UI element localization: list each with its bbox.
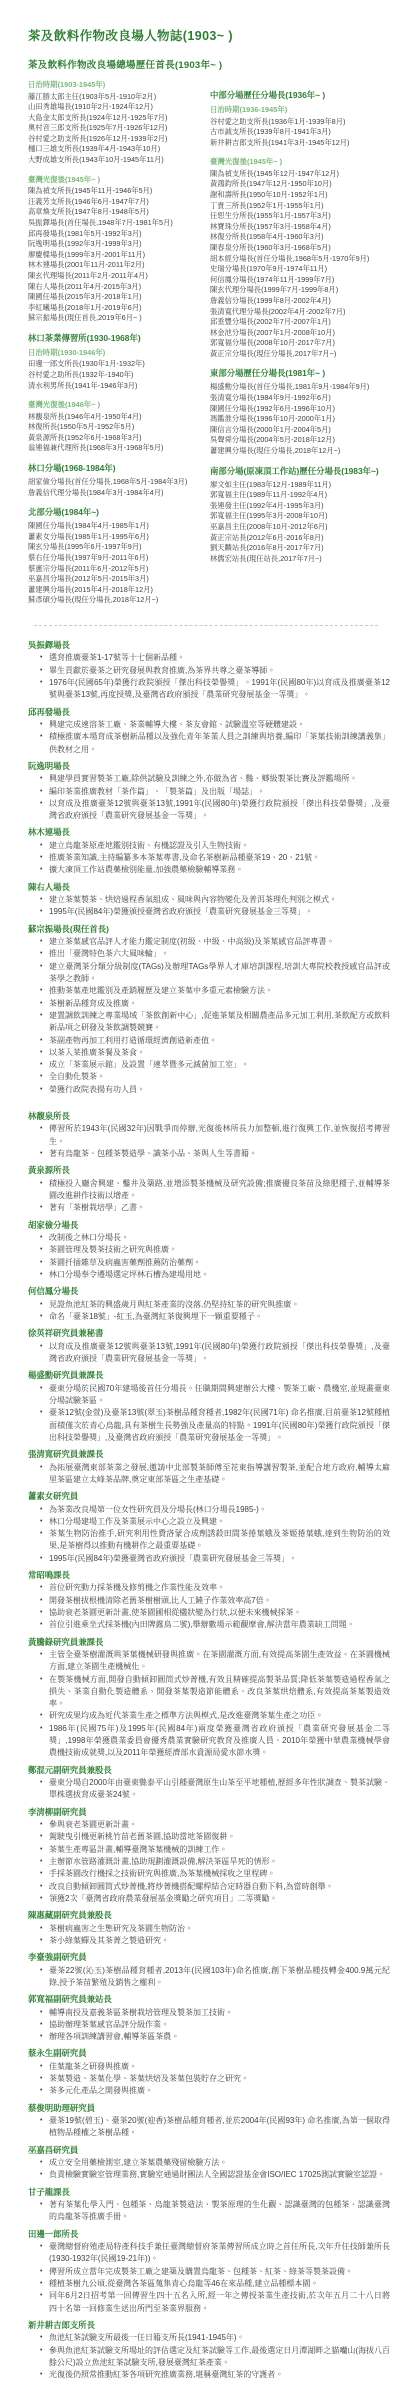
tenure-entry: 謝和壽所長(1950年10月-1952年1月) <box>210 190 396 201</box>
person-section: 蔡永生副研究員佳葉龍茶之研發與推廣。茶葉製造、茶葉化學、茶葉烘焙及茶葉包裝貯存之… <box>28 2047 390 2097</box>
tenure-entry: 劉天麟站長(2016年8月-2017年7月) <box>210 543 396 554</box>
group-heading: 南部分場(原凍頂工作站)歷任分場長(1983年~) <box>210 466 396 477</box>
achievement-item: 手採茶園改行機採之技術研究與推廣,為茶葉機械採收之里程碑。 <box>40 1868 390 1880</box>
achievement-item: 興建學員實習製茶工廠,除供試驗及訓練之外,亦做為省、縣、鄉級製茶比賽及評鑑場所。 <box>40 773 390 785</box>
person-name: 黃騰錄研究員兼課長 <box>28 1636 390 1648</box>
tenure-entry: 巫嘉昌主任(2008年10月-2012年6月) <box>210 522 396 533</box>
tenure-entry: 林復所長(1950年5月-1952年5月) <box>28 422 196 433</box>
achievement-item: 臺茶12號(金萱)及臺茶13號(翠玉)茶樹品種育種者,1982年(民國71年) … <box>40 1407 390 1444</box>
achievement-list: 輔導南投及嘉義茶區茶樹栽培管理及製茶加工技術。協助辦理茶葉感官品評分級作業。辦理… <box>40 2007 390 2044</box>
achievement-list: 主管全臺茶樹灌溉與茶葉機械研發與推廣。在茶園灌溉方面,有效提高茶園生產效益。在茶… <box>40 1649 390 1760</box>
tenure-entry: 谷村愛之助支所長(1926年12月-1939年2月) <box>28 134 196 145</box>
leader-group: 日治時期(1903-1945年)藤江勝太郎主任(1903年5月-1910年2月)… <box>28 80 196 166</box>
tenure-entry: 陳信言分場長(2000年1月-2004年5月) <box>210 425 396 436</box>
person-name: 蕭素女研究員 <box>28 1490 390 1502</box>
person-name: 李清柳副研究員 <box>28 1806 390 1818</box>
tenure-entry: 吳振鐸場長(首任場長,1948年7月-1981年5月) <box>28 218 196 229</box>
tenure-entry: 何信鳳分場長(1974年11月-1999年7月) <box>210 275 396 286</box>
achievement-item: 在製茶機械方面,開發自動傾卸圓筒式炒菁機,有效且精確提高製茶品質;降低茶葉製造過… <box>40 1674 390 1711</box>
achievement-list: 參與衰老茶園更新計畫。駕駛曳引機更新桃竹苗老舊茶園,協助當地茶園復耕。茶葉生產專… <box>40 1819 390 1905</box>
tenure-entry: 張清寬代理分場長(2002年4月-2002年7月) <box>210 307 396 318</box>
achievement-item: 榮獲行政院表揚有功人員。 <box>40 1084 390 1096</box>
person-section: 常昭鳴課長首位研究動力採茶機及修剪機之作業性能及效率。開發茶樹拔根機清除老舊茶樹… <box>28 1569 390 1632</box>
person-section: 楊盛勳研究員兼課長臺東分場於民國70年建場後首任分場長。任職期間興建辦公大樓、製… <box>28 1369 390 1444</box>
person-section: 何信鳳分場長見證魚池紅茶的興盛歲月與紅茶產業的沒落,仍堅持紅茶的研究與推廣。命名… <box>28 1285 390 1323</box>
tenure-entry: 谷村愛之助所長(1932年-1940年) <box>28 370 196 381</box>
tenure-entry: 林馥泉所長(1946年4月-1950年4月) <box>28 412 196 423</box>
person-name: 林馥泉所長 <box>28 1110 390 1122</box>
document-page: 茶及飲料作物改良場人物誌(1903~ ) 茶及飲料作物改良場總場歷任首長(190… <box>0 0 400 2382</box>
tenure-entry: 林金池分場長(2007年1月-2008年10月) <box>210 328 396 339</box>
person-section: 蔡俊明助理研究員臺茶19號(碧玉)、臺茶20號(迎香)茶樹品種育種者,並於200… <box>28 2102 390 2140</box>
tenure-entry: 陳為禎支所長(1945年11月-1946年5月) <box>28 186 196 197</box>
achievement-list: 首位研究動力採茶機及修剪機之作業性能及效率。開發茶樹拔根機清除老舊茶樹樹頭,比人… <box>40 1582 390 1631</box>
achievement-item: 見證魚池紅茶的興盛歲月與紅茶產業的沒落,仍堅持紅茶的研究與推廣。 <box>40 1299 390 1311</box>
tenure-entry: 黃正宗分場長(現任分場長,2017年7月~) <box>210 349 396 360</box>
achievement-item: 協助辦理茶葉感官品評分級作業。 <box>40 2019 390 2031</box>
person-name: 林木連場長 <box>28 826 390 838</box>
achievement-item: 以育成及推廣臺茶12號與臺茶13號,1991年(民國80年)榮獲行政院頒授「傑出… <box>40 1341 390 1366</box>
era-subheading: 臺灣光復後(1946年~ ) <box>28 400 196 409</box>
tenure-entry: 邱垂豐分場長(2002年7月-2007年1月) <box>210 317 396 328</box>
tenure-entry: 林儒宏站長(現任站長,2017年7月~) <box>210 554 396 565</box>
achievement-item: 參與衰老茶園更新計畫。 <box>40 1819 390 1831</box>
person-section: 田邊一郎所長臺灣總督府殖產局特產科技手兼任臺灣總督府茶業傳習所成立時之首任所長,… <box>28 2228 390 2315</box>
page-title: 茶及飲料作物改良場人物誌(1903~ ) <box>28 26 390 44</box>
people-list: 吳振鐸場長選育推廣臺茶1-17號等十七個新品種。畢生貢獻於臺茶之研究發展與教育推… <box>28 639 390 2382</box>
group-heading: 東部分場歷任分場長(1981年~ ) <box>210 368 396 379</box>
person-section: 徐英祥研究員兼秘書以育成及推廣臺茶12號與臺茶13號,1991年(民國80年)榮… <box>28 1327 390 1365</box>
achievement-item: 臺茶19號(碧玉)、臺茶20號(迎香)茶樹品種育種者,並於2004年(民國93年… <box>40 2115 390 2140</box>
person-name: 巫嘉昌研究員 <box>28 2144 390 2156</box>
achievement-item: 辦理各項訓練講習會,輔導茶區茶農。 <box>40 2031 390 2043</box>
achievement-item: 輔導南投及嘉義茶區茶樹栽培管理及製茶加工技術。 <box>40 2007 390 2019</box>
achievement-list: 積極投入廳舍興建、鑿井及築路,並增添製茶機械及研究設備;推廣優良茶苗及綠肥種子,… <box>40 1178 390 1215</box>
person-name: 甘子龍課長 <box>28 2186 390 2198</box>
achievement-item: 茶葉生物防治推手,研究利用性費洛蒙合成劑誘殺田間茶捲葉蛾及茶姬捲葉蛾,達到生物防… <box>40 1528 390 1553</box>
achievement-item: 推出「臺灣特色茶六大風味輪」。 <box>40 948 390 960</box>
achievement-item: 傳習所於1943年(民國32年)因戰爭而停辦,光復後林所長力加整頓,進行復興工作… <box>40 1123 390 1148</box>
section-divider <box>34 625 378 626</box>
person-name: 李臺強副研究員 <box>28 1951 390 1963</box>
achievement-item: 推動茶葉產地鑑別及產銷履歷及建立茶葉中多重元素檢驗方法。 <box>40 985 390 997</box>
achievement-list: 魚池紅茶試驗支所最後一任日籍支所長(1941-1945年)。參與魚池紅茶試驗支所… <box>40 2332 390 2381</box>
era-subheading: 臺灣光復後(1945年~ ) <box>210 157 396 166</box>
tenure-entry: 阮逸明場長(1992年3月-1999年3月) <box>28 239 196 250</box>
group-heading: 中部分場歷任分場長(1936年~ ) <box>210 90 396 101</box>
tenure-entry: 蔡右任分場長(1997年9月-2011年6月) <box>28 553 196 564</box>
achievement-item: 研究成果均成為近代茶業生產之標準方法與模式,是改進臺灣茶葉生產之功臣。 <box>40 1710 390 1722</box>
tenure-entry: 李紅曦場長(2018年1月-2019年6月) <box>28 303 196 314</box>
tenure-entry: 郭寬福分場長(2008年10月-2017年7月) <box>210 338 396 349</box>
achievement-item: 臺東分場自2000年由臺東縣泰平山引種臺灣原生山茶至平地種植,歷經多年性狀調查、… <box>40 1777 390 1802</box>
achievement-item: 駕駛曳引機更新桃竹苗老舊茶園,協助當地茶園復耕。 <box>40 1831 390 1843</box>
person-section: 蕭素女研究員為茶業改良場第一位女性研究員及分場長(林口分場長1985-)。林口分… <box>28 1490 390 1565</box>
achievement-item: 開發茶樹拔根機清除老舊茶樹樹頭,比人工鏟子作業效率高7倍。 <box>40 1595 390 1607</box>
achievement-list: 見證魚池紅茶的興盛歲月與紅茶產業的沒落,仍堅持紅茶的研究與推廣。命名「臺茶18號… <box>40 1299 390 1324</box>
person-section: 陳右人場長建立茶葉製茶、烘焙過程香氣組成、風味與內容物變化及普洱茶理化判別之模式… <box>28 881 390 919</box>
tenure-entry: 陳春泉分所長(1960年3月-1968年5月) <box>210 243 396 254</box>
achievement-item: 佳葉龍茶之研發與推廣。 <box>40 2061 390 2073</box>
person-name: 蔡永生副研究員 <box>28 2047 390 2059</box>
person-name: 邱再發場長 <box>28 706 390 718</box>
achievement-item: 成立安全用藥檢測室,建立茶葉農藥殘留檢驗方法。 <box>40 2157 390 2169</box>
person-section: 吳振鐸場長選育推廣臺茶1-17號等十七個新品種。畢生貢獻於臺茶之研究發展與教育推… <box>28 639 390 702</box>
achievement-list: 改制後之林口分場長。茶園管理及製茶技術之研究與推廣。茶園扦插雜草及病蟲害藥劑推薦… <box>40 1232 390 1281</box>
person-section: 郭寬福副研究員兼站長輔導南投及嘉義茶區茶樹栽培管理及製茶加工技術。協助辦理茶葉感… <box>28 1993 390 2043</box>
achievement-item: 首位研究動力採茶機及修剪機之作業性能及效率。 <box>40 1582 390 1594</box>
achievement-item: 參與魚池紅茶試驗支所場址的評估選定及紅茶試驗等工作,最後選定日月潭湖畔之貓囒山(… <box>40 2345 390 2370</box>
person-name: 何信鳳分場長 <box>28 1285 390 1297</box>
tenure-entry: 陳玄代理分場長(1999年7月-1999年8月) <box>210 285 396 296</box>
person-name: 陳右人場長 <box>28 881 390 893</box>
achievement-item: 領獲2次「臺灣省政府農業發展基金獎勵之研究項目」二等獎勵。 <box>40 1893 390 1905</box>
leader-group: 日治時期(1930-1946年)田邊一郎支所長(1930年1月-1932年)谷村… <box>28 348 196 391</box>
tenure-entry: 任恕生分所長(1955年1月-1957年3月) <box>210 211 396 222</box>
achievement-list: 以育成及推廣臺茶12號與臺茶13號,1991年(民國80年)榮獲行政院頒授「傑出… <box>40 1341 390 1366</box>
person-section: 蘇宗振場長(現任首長)建立茶葉感官品評人才能力鑑定制度(初級、中級、中高級)及茶… <box>28 923 390 1096</box>
leaders-column: 日治時期(1903-1945年)藤江勝太郎主任(1903年5月-1910年2月)… <box>28 80 196 615</box>
tenure-entry: 黃鴻鈞所長(1947年12月-1950年10月) <box>210 179 396 190</box>
achievement-item: 擴大凍頂工作站農藥檢別能量,加強農藥檢驗輔導業務。 <box>40 864 390 876</box>
tenure-entry: 高章煥支所長(1947年8月-1948年5月) <box>28 207 196 218</box>
achievement-item: 主辦節水管路灌溉計畫,協助規劃灌溉設備,解決茶區旱死的情形。 <box>40 1856 390 1868</box>
achievement-item: 茶園扦插雜草及病蟲害藥劑推薦防治藥劑。 <box>40 1257 390 1269</box>
person-section: 胡家儉分場長改制後之林口分場長。茶園管理及製茶技術之研究與推廣。茶園扦插雜草及病… <box>28 1219 390 1282</box>
achievement-item: 種植茶樹九公頃,從臺灣各茶區蒐集青心烏龍等46在來品種,建立品種標本園。 <box>40 2278 390 2290</box>
person-section: 李臺強副研究員臺茶22號(沁玉)茶樹品種育種者,2013年(民國103年)命名推… <box>28 1951 390 1989</box>
achievement-item: 著有烏龍茶、包種茶製造學、識茶小品、茶與人生等書籍。 <box>40 1148 390 1160</box>
tenure-entry: 馮鑑淮分場長(1996年10月-2000年1月) <box>210 414 396 425</box>
tenure-entry: 黃正宗站長(2012年6月-2016年8月) <box>210 533 396 544</box>
achievement-item: 1995年(民國84年)榮獲頒授臺灣省政府頒授「農業研究發展基金三等獎」。 <box>40 906 390 918</box>
person-section: 陳惠藏副研究員兼股長茶樹病蟲害之生態研究及茶園生物防治。茶小綠葉蟬及其茶菁之製造… <box>28 1909 390 1947</box>
achievement-item: 建立臺灣茶分類分級制度(TAGs)及辦理TAGs學界人才庫培訓課程,培訓大專院校… <box>40 961 390 986</box>
achievement-list: 臺東分場於民國70年建場後首任分場長。任職期間興建辦公大樓、製茶工廠、農機室,並… <box>40 1383 390 1444</box>
person-name: 田邊一郎所長 <box>28 2228 390 2240</box>
achievement-item: 積極推廣本場育成茶樹新品種以及強化青年茶業人員之訓練與培養,編印「茶葉技術訓練講… <box>40 731 390 756</box>
person-section: 張清寬研究員兼課長為拓展臺灣東部茶業之發展,邀請中北部製茶師傅至花東指導講習製茶… <box>28 1448 390 1486</box>
person-name: 鄭混元副研究員兼股長 <box>28 1764 390 1776</box>
achievement-item: 建立茶葉感官品評人才能力鑑定制度(初級、中級、中高級)及茶葉感官品評專書。 <box>40 936 390 948</box>
tenure-entry: 大島金太郎支所長(1924年12月-1925年7月) <box>28 113 196 124</box>
tenure-entry: 張連發主任(1992年4月-1995年3月) <box>210 501 396 512</box>
tenure-entry: 蕭建興分場長(2015年4月-2018年12月) <box>28 585 196 596</box>
tenure-entry: 蔡憲宗分場長(2011年6月-2012年5月) <box>28 564 196 575</box>
tenure-entry: 陳國任分場長(1984年4月-1985年1月) <box>28 521 196 532</box>
tenure-entry: 陳玄分場長(1995年6月-1997年9月) <box>28 542 196 553</box>
tenure-entry: 清水利男所長(1941年-1946年3月) <box>28 381 196 392</box>
person-name: 陳惠藏副研究員兼股長 <box>28 1909 390 1921</box>
person-name: 新井耕吉郎支所長 <box>28 2319 390 2331</box>
achievement-item: 同年6月2日招考第一回傳習生四十五名入所,經一年之傳授茶業生產技術,於次年五月二… <box>40 2290 390 2315</box>
tenure-entry: 蕭素女分場長(1985年1月-1995年6月) <box>28 532 196 543</box>
tenure-entry: 陳為禎支所長(1945年12月-1947年12月) <box>210 169 396 180</box>
achievement-list: 著有茶葉化學入門、包種茶、烏龍茶製造法、製茶原理的生化觀、認識臺灣的包種茶、認識… <box>40 2199 390 2224</box>
person-name: 張清寬研究員兼課長 <box>28 1448 390 1460</box>
tenure-entry: 廖慶樑場長(1999年3月-2001年11月) <box>28 250 196 261</box>
tenure-entry: 詹義信代理分場長(1984年3月-1984年4月) <box>28 488 196 499</box>
achievement-list: 傳習所於1943年(民國32年)因戰爭而停辦,光復後林所長力加整頓,進行復興工作… <box>40 1123 390 1160</box>
tenure-entry: 田邊一郎支所長(1930年1月-1932年) <box>28 359 196 370</box>
tenure-entry: 蘇彥碩分場長(現任分場長,2018年12月~) <box>28 595 196 606</box>
person-section: 林馥泉所長傳習所於1943年(民國32年)因戰爭而停辦,光復後林所長力加整頓,進… <box>28 1110 390 1160</box>
tenure-entry: 谷村愛之助支所長(1936年1月-1939年8月) <box>210 117 396 128</box>
tenure-entry: 史瑞分場長(1970年9月-1974年11月) <box>210 264 396 275</box>
tenure-entry: 黃泉源所長(1952年6月-1968年3月) <box>28 433 196 444</box>
tenure-entry: 藤江勝太郎主任(1903年5月-1910年2月) <box>28 92 196 103</box>
achievement-item: 傳習所成立當年完成製茶工廠之建築及購置烏龍茶、包種茶、紅茶、綠茶等製茶設備。 <box>40 2266 390 2278</box>
tenure-entry: 陳右人場長(2011年4月-2015年3月) <box>28 282 196 293</box>
achievement-item: 1995年(民國84年)榮獲臺灣省政府頒授「農業研究發展基金三等獎」。 <box>40 1553 390 1565</box>
achievement-item: 1986年(民國75年)及1995年(民國84年)兩度榮獲臺灣省政府頒授「農業研… <box>40 1723 390 1760</box>
leader-group: 東部分場歷任分場長(1981年~ )楊盛勳分場長(首任分場長,1981年9月-1… <box>210 368 396 456</box>
person-name: 楊盛勳研究員兼課長 <box>28 1369 390 1381</box>
achievement-item: 茶副產物再加工利用打造循環經濟創造新產值。 <box>40 1035 390 1047</box>
achievement-item: 茶葉製造、茶葉化學、茶葉烘焙及茶葉包裝貯存之研究。 <box>40 2073 390 2085</box>
leader-group: 中部分場歷任分場長(1936年~ ) <box>210 90 396 101</box>
tenure-entry: 陳國任場長(2015年3月-2018年1月) <box>28 292 196 303</box>
achievement-item: 協助衰老茶園更新計畫,使茶園圃相從欉狀變為行狀,以便未來機械採茶。 <box>40 1607 390 1619</box>
achievement-item: 建立茶葉製茶、烘焙過程香氣組成、風味與內容物變化及普洱茶理化判別之模式。 <box>40 894 390 906</box>
leader-group: 林口茶業傳習所(1930-1968年) <box>28 333 196 344</box>
tenure-entry: 蘇宗振場長(現任首長,2019年6月~ ) <box>28 313 196 324</box>
achievement-item: 臺茶22號(沁玉)茶樹品種育種者,2013年(民國103年)命名推廣,創下茶樹品… <box>40 1965 390 1990</box>
achievement-list: 興建學員實習製茶工廠,除供試驗及訓練之外,亦做為省、縣、鄉級製茶比賽及評鑑場所。… <box>40 773 390 822</box>
achievement-item: 改制後之林口分場長。 <box>40 1232 390 1244</box>
achievement-item: 主管全臺茶樹灌溉與茶葉機械研發與推廣。在茶園灌溉方面,有效提高茶園生產效益。在茶… <box>40 1649 390 1674</box>
leader-group: 臺灣光復後(1945年~ )陳為禎支所長(1945年12月-1947年12月)黃… <box>210 157 396 359</box>
achievement-item: 臺灣總督府殖產局特產科技手兼任臺灣總督府茶業傳習所成立時之首任所長,次年升任技師… <box>40 2241 390 2266</box>
era-subheading: 日治時期(1930-1946年) <box>28 348 196 357</box>
achievement-item: 全自動化製茶。 <box>40 1071 390 1083</box>
leader-group: 北部分場(1984年~)陳國任分場長(1984年4月-1985年1月)蕭素女分場… <box>28 507 196 606</box>
achievement-item: 首位引進乘坐式採茶機(內田牌露鳥二號),舉辦數場示範觀摩會,解決當年農業缺工問題… <box>40 1619 390 1631</box>
era-subheading: 臺灣光復後(1945年~ ) <box>28 175 196 184</box>
achievement-list: 成立安全用藥檢測室,建立茶葉農藥殘留檢驗方法。負責檢驗實驗室管理業務,實驗室通過… <box>40 2157 390 2182</box>
person-name: 吳振鐸場長 <box>28 639 390 651</box>
achievement-item: 為拓展臺灣東部茶業之發展,邀請中北部製茶師傅至花東指導講習製茶,並配合地方政府,… <box>40 1462 390 1487</box>
tenure-entry: 山田秀雄場長(1910年2月-1924年12月) <box>28 102 196 113</box>
person-section: 阮逸明場長興建學員實習製茶工廠,除供試驗及訓練之外,亦做為省、縣、鄉級製茶比賽及… <box>28 760 390 823</box>
tenure-entry: 張清寬分場長(1984年9月-1992年6月) <box>210 393 396 404</box>
achievement-item: 編印茶業推廣教材「茶作篇」、「製茶篇」及出版「場誌」。 <box>40 786 390 798</box>
tenure-entry: 邱再發場長(1981年5月-1992年3月) <box>28 229 196 240</box>
achievement-item: 以茶入菜推廣茶餐及茶食。 <box>40 1047 390 1059</box>
achievement-item: 茶多元化產品之開發與推廣。 <box>40 2085 390 2097</box>
achievement-item: 林口分場奉令遷場選定坪林石槽為建場用地。 <box>40 1269 390 1281</box>
achievement-list: 建立茶葉製茶、烘焙過程香氣組成、風味與內容物變化及普洱茶理化判別之模式。1995… <box>40 894 390 919</box>
achievement-item: 茶小綠葉蟬及其茶菁之製造研究。 <box>40 1935 390 1947</box>
tenure-entry: 新井耕吉郎支所長(1941年3月-1945年12月) <box>210 138 396 149</box>
achievement-item: 成立「茶業展示館」及設置「速萃暨多元滅菌加工室」。 <box>40 1059 390 1071</box>
era-subheading: 日治時期(1903-1945年) <box>28 80 196 89</box>
tenure-entry: 陳國任分場長(1992年6月-1996年10月) <box>210 404 396 415</box>
tenure-entry: 林木連場長(2001年11月-2011年2月) <box>28 260 196 271</box>
achievement-item: 林口分場建場工作及茶業展示中心之設立及興建。 <box>40 1516 390 1528</box>
person-name: 黃泉源所長 <box>28 1164 390 1176</box>
achievement-list: 建立烏龍茶原產地鑑別技術、有機認證及引入生物技術。推廣茶業知識,主持編纂多本茶葉… <box>40 840 390 877</box>
leader-group: 臺灣光復後(1945年~ )陳為禎支所長(1945年11月-1946年5月)汪義… <box>28 175 196 324</box>
achievement-item: 改良自動傾卸圓筒式炒菁機,將炒菁機搭配螺桿結合定時器自動下料,為當時創舉。 <box>40 1881 390 1893</box>
achievement-item: 茶樹病蟲害之生態研究及茶園生物防治。 <box>40 1923 390 1935</box>
achievement-item: 魚池紅茶試驗支所最後一任日籍支所長(1941-1945年)。 <box>40 2332 390 2344</box>
tenure-entry: 樋口三雄支所長(1939年4月-1943年10月) <box>28 144 196 155</box>
achievement-list: 臺灣總督府殖產局特產科技手兼任臺灣總督府茶業傳習所成立時之首任所長,次年升任技師… <box>40 2241 390 2315</box>
achievement-item: 建置調飲訓練之專業場域「茶飲創新中心」,促進茶葉及相關農產品多元加工利用,茶飲配… <box>40 1010 390 1035</box>
leader-group: 林口分場(1968-1984年)胡家儉分場長(首任分場長,1968年5月-198… <box>28 463 196 498</box>
person-name: 徐英祥研究員兼秘書 <box>28 1327 390 1339</box>
achievement-list: 為茶業改良場第一位女性研究員及分場長(林口分場長1985-)。林口分場建場工作及… <box>40 1504 390 1565</box>
tenure-entry: 廖文如主任(1983年12月-1989年11月) <box>210 480 396 491</box>
achievement-item: 興建完成速溶茶工廠、茶業輔導大樓、茶友會館、試驗溫室等硬體建設。 <box>40 719 390 731</box>
achievement-item: 光復後仍照常推動紅茶各項研究推廣業務,堪稱臺灣紅茶的守護者。 <box>40 2369 390 2381</box>
person-name: 郭寬福副研究員兼站長 <box>28 1993 390 2005</box>
tenure-entry: 郭寬福主任(1989年11月-1992年4月) <box>210 490 396 501</box>
group-heading: 林口茶業傳習所(1930-1968年) <box>28 333 196 344</box>
person-name: 阮逸明場長 <box>28 760 390 772</box>
achievement-list: 選育推廣臺茶1-17號等十七個新品種。畢生貢獻於臺茶之研究發展與教育推廣,為茶界… <box>40 652 390 701</box>
achievement-item: 以育成及推廣臺茶12號與臺茶13號,1991年(民國80年)榮獲行政院頒授「傑出… <box>40 798 390 823</box>
achievement-list: 臺茶22號(沁玉)茶樹品種育種者,2013年(民國103年)命名推廣,創下茶樹品… <box>40 1965 390 1990</box>
tenure-entry: 林復分所長(1958年4月-1960年3月) <box>210 232 396 243</box>
achievement-item: 茶園管理及製茶技術之研究與推廣。 <box>40 1244 390 1256</box>
person-section: 黃騰錄研究員兼課長主管全臺茶樹灌溉與茶葉機械研發與推廣。在茶園灌溉方面,有效提高… <box>28 1636 390 1760</box>
tenure-entry: 汪義芳支所長(1946年6月-1947年7月) <box>28 197 196 208</box>
achievement-item: 積極投入廳舍興建、鑿井及築路,並增添製茶機械及研究設備;推廣優良茶苗及綠肥種子,… <box>40 1178 390 1203</box>
tenure-entry: 詹義信分場長(1999年8月-2002年4月) <box>210 296 396 307</box>
person-section: 邱再發場長興建完成速溶茶工廠、茶業輔導大樓、茶友會館、試驗溫室等硬體建設。積極推… <box>28 706 390 756</box>
tenure-entry: 大野成雄支所長(1943年10月-1945年11月) <box>28 155 196 166</box>
tenure-entry: 吳聲舜分場長(2004年5月-2018年12月) <box>210 435 396 446</box>
tenure-entry: 古市誠支所長(1939年8月-1941年3月) <box>210 127 396 138</box>
achievement-item: 著有「茶樹栽培學」乙書。 <box>40 1202 390 1214</box>
tenure-entry: 奧村音三郎支所長(1925年7月-1926年12月) <box>28 123 196 134</box>
leader-group: 日治時期(1936-1945年)谷村愛之助支所長(1936年1月-1939年8月… <box>210 105 396 148</box>
leader-group: 南部分場(原凍頂工作站)歷任分場長(1983年~)廖文如主任(1983年12月-… <box>210 466 396 565</box>
achievement-item: 1976年(民國65年)榮獲行政院頒授「傑出科技榮譽獎」。1991年(民國80年… <box>40 677 390 702</box>
tenure-entry: 楊盛勳分場長(首任分場長,1981年9月-1984年9月) <box>210 382 396 393</box>
tenure-entry: 林寶珠分所長(1957年3月-1958年4月) <box>210 222 396 233</box>
achievement-list: 臺東分場自2000年由臺東縣泰平山引種臺灣原生山茶至平地種植,歷經多年性狀調查、… <box>40 1777 390 1802</box>
person-section: 鄭混元副研究員兼股長臺東分場自2000年由臺東縣泰平山引種臺灣原生山茶至平地種植… <box>28 1764 390 1802</box>
group-heading: 林口分場(1968-1984年) <box>28 463 196 474</box>
achievement-list: 佳葉龍茶之研發與推廣。茶葉製造、茶葉化學、茶葉烘焙及茶葉包裝貯存之研究。茶多元化… <box>40 2061 390 2098</box>
group-heading: 北部分場(1984年~) <box>28 507 196 518</box>
achievement-item: 命名「臺茶18號」-紅玉,為臺灣紅茶復興埋下一顆重要種子。 <box>40 1311 390 1323</box>
person-section: 黃泉源所長積極投入廳舍興建、鑿井及築路,並增添製茶機械及研究設備;推廣優良茶苗及… <box>28 1164 390 1214</box>
tenure-entry: 蕭建興分場長(現任分場長,2018年12月~) <box>210 446 396 457</box>
person-name: 胡家儉分場長 <box>28 1219 390 1231</box>
achievement-item: 推廣茶業知識,主持編纂多本茶葉專書,及命名茶樹新品種臺茶19、20、21號。 <box>40 852 390 864</box>
achievement-item: 為茶業改良場第一位女性研究員及分場長(林口分場長1985-)。 <box>40 1504 390 1516</box>
person-section: 甘子龍課長著有茶葉化學入門、包種茶、烏龍茶製造法、製茶原理的生化觀、認識臺灣的包… <box>28 2186 390 2224</box>
leaders-column: 中部分場歷任分場長(1936年~ )日治時期(1936-1945年)谷村愛之助支… <box>210 80 396 573</box>
achievement-item: 畢生貢獻於臺茶之研究發展與教育推廣,為茶界共尊之臺茶導師。 <box>40 665 390 677</box>
tenure-entry: 胡本經分場長(首任分場長,1968年5月-1970年9月) <box>210 254 396 265</box>
achievement-item: 臺東分場於民國70年建場後首任分場長。任職期間興建辦公大樓、製茶工廠、農機室,並… <box>40 1383 390 1408</box>
tenure-entry: 翁連福兼代理所長(1968年3月-1968年5月) <box>28 443 196 454</box>
achievement-item: 茶葉生產專區計畫,輔導臺灣茶葉機械的訓練工作。 <box>40 1844 390 1856</box>
achievement-list: 建立茶葉感官品評人才能力鑑定制度(初級、中級、中高級)及茶葉感官品評專書。推出「… <box>40 936 390 1096</box>
tenure-entry: 陳玄代理場長(2011年2月-2011年4月) <box>28 271 196 282</box>
leader-group: 臺灣光復後(1946年~ )林馥泉所長(1946年4月-1950年4月)林復所長… <box>28 400 196 454</box>
tenure-entry: 胡家儉分場長(首任分場長,1968年5月-1984年3月) <box>28 477 196 488</box>
tenure-entry: 郭寬福主任(1995年3月-2008年10月) <box>210 511 396 522</box>
achievement-list: 興建完成速溶茶工廠、茶業輔導大樓、茶友會館、試驗溫室等硬體建設。積極推廣本場育成… <box>40 719 390 756</box>
leaders-section-heading: 茶及飲料作物改良場總場歷任首長(1903年~ ) <box>28 57 390 71</box>
tenure-entry: 丁貴三所長(1952年1月-1955年1月) <box>210 201 396 212</box>
achievement-item: 著有茶葉化學入門、包種茶、烏龍茶製造法、製茶原理的生化觀、認識臺灣的包種茶、認識… <box>40 2199 390 2224</box>
person-section: 新井耕吉郎支所長魚池紅茶試驗支所最後一任日籍支所長(1941-1945年)。參與… <box>28 2319 390 2382</box>
achievement-list: 茶樹病蟲害之生態研究及茶園生物防治。茶小綠葉蟬及其茶菁之製造研究。 <box>40 1923 390 1948</box>
era-subheading: 日治時期(1936-1945年) <box>210 105 396 114</box>
achievement-item: 茶樹新品種育成及推廣。 <box>40 998 390 1010</box>
person-name: 蘇宗振場長(現任首長) <box>28 923 390 935</box>
person-section: 巫嘉昌研究員成立安全用藥檢測室,建立茶葉農藥殘留檢驗方法。負責檢驗實驗室管理業務… <box>28 2144 390 2182</box>
leaders-columns: 日治時期(1903-1945年)藤江勝太郎主任(1903年5月-1910年2月)… <box>28 80 390 615</box>
achievement-list: 為拓展臺灣東部茶業之發展,邀請中北部製茶師傅至花東指導講習製茶,並配合地方政府,… <box>40 1462 390 1487</box>
person-name: 蔡俊明助理研究員 <box>28 2102 390 2114</box>
achievement-item: 選育推廣臺茶1-17號等十七個新品種。 <box>40 652 390 664</box>
achievement-item: 負責檢驗實驗室管理業務,實驗室通過財團法人全國認證基金會ISO/IEC 1702… <box>40 2169 390 2181</box>
tenure-entry: 巫嘉昌分場長(2012年5月-2015年3月) <box>28 574 196 585</box>
achievement-list: 臺茶19號(碧玉)、臺茶20號(迎香)茶樹品種育種者,並於2004年(民國93年… <box>40 2115 390 2140</box>
achievement-item: 建立烏龍茶原產地鑑別技術、有機認證及引入生物技術。 <box>40 840 390 852</box>
person-name: 常昭鳴課長 <box>28 1569 390 1581</box>
person-section: 林木連場長建立烏龍茶原產地鑑別技術、有機認證及引入生物技術。推廣茶業知識,主持編… <box>28 826 390 876</box>
person-section: 李清柳副研究員參與衰老茶園更新計畫。駕駛曳引機更新桃竹苗老舊茶園,協助當地茶園復… <box>28 1806 390 1905</box>
